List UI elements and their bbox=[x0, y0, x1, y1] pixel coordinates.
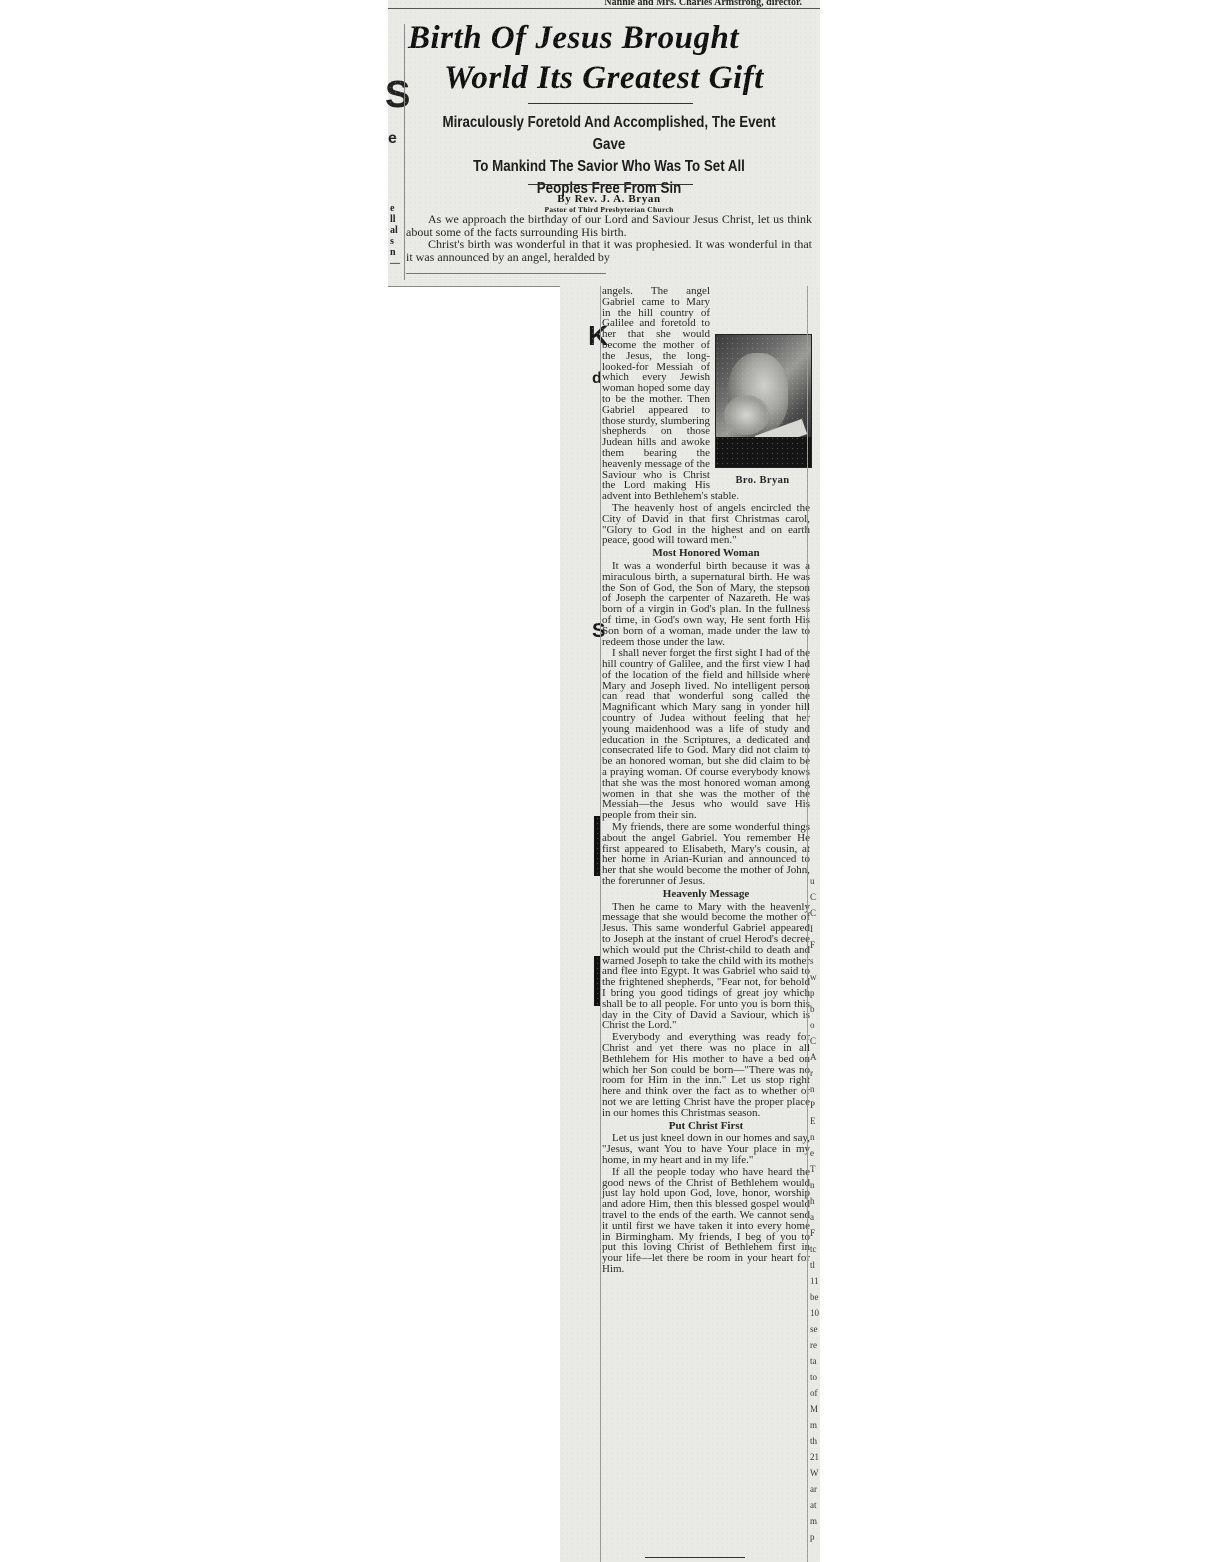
fragment-text: al bbox=[390, 226, 398, 236]
fragment-text: be bbox=[810, 1292, 819, 1303]
article-lead: As we approach the birthday of our Lord … bbox=[406, 213, 812, 263]
adjacent-column-fragment-right: uCCIFswpboCArnPEneTnhaFtctl11be10seretat… bbox=[807, 286, 820, 1562]
fragment-text: o bbox=[810, 1020, 815, 1031]
fragment-letter: e bbox=[388, 130, 397, 148]
fragment-text: th bbox=[810, 1436, 817, 1447]
fragment-text: T bbox=[810, 1164, 816, 1175]
fragment-text: 10 bbox=[810, 1308, 819, 1319]
fragment-text: 11 bbox=[810, 1276, 819, 1287]
fragment-text: a bbox=[810, 1212, 814, 1223]
fragment-text: e bbox=[390, 204, 394, 214]
column-rule bbox=[404, 24, 405, 280]
clipping-column-block: K d S Bro. Bryan angels. The angel Gabri… bbox=[560, 286, 820, 1562]
adjacent-column-fragment-left: K d S bbox=[560, 286, 600, 1562]
fragment-text: s bbox=[390, 237, 394, 247]
fragment-text: r bbox=[810, 1068, 813, 1079]
article-paragraph: I shall never forget the first sight I h… bbox=[602, 648, 810, 821]
fragment-text: C bbox=[810, 1036, 816, 1047]
fragment-text: n bbox=[810, 1132, 815, 1143]
fragment-text: m bbox=[810, 1420, 817, 1431]
fragment-text: ta bbox=[810, 1356, 817, 1367]
fragment-text: s bbox=[810, 956, 814, 967]
photo-caption: Bro. Bryan bbox=[715, 476, 810, 487]
author-photo-block: Bro. Bryan bbox=[715, 334, 810, 489]
lead-paragraph: As we approach the birthday of our Lord … bbox=[406, 213, 812, 238]
headline-rule bbox=[528, 103, 693, 104]
fragment-text: C bbox=[810, 892, 816, 903]
fragment-text: b bbox=[810, 1004, 815, 1015]
fragment-text: ar bbox=[810, 1484, 817, 1495]
article-paragraph: Let us just kneel down in our homes and … bbox=[602, 1133, 810, 1165]
deck-rule bbox=[528, 184, 693, 185]
fragment-text: F bbox=[810, 1228, 815, 1239]
fragment-text: 21 bbox=[810, 1452, 819, 1463]
fragment-text: of bbox=[810, 1388, 818, 1399]
subheading: Most Honored Woman bbox=[602, 548, 810, 559]
clipping-top-block: Nannie and Mrs. Charles Armstrong, direc… bbox=[388, 0, 820, 287]
fragment-text: re bbox=[810, 1340, 817, 1351]
fragment-text: — bbox=[390, 259, 400, 269]
fragment-text: A bbox=[810, 1052, 817, 1063]
subheading: Heavenly Message bbox=[602, 889, 810, 900]
fragment-text: n bbox=[390, 248, 396, 258]
article-end-rule bbox=[645, 1557, 745, 1558]
fragment-text: C bbox=[810, 908, 816, 919]
article-paragraph: The heavenly host of angels encircled th… bbox=[602, 503, 810, 546]
article-deck: Miraculously Foretold And Accomplished, … bbox=[434, 112, 783, 200]
article-paragraph: If all the people today who have heard t… bbox=[602, 1167, 810, 1275]
headline-line-2: World Its Greatest Gift bbox=[406, 58, 812, 98]
fragment-text: I bbox=[810, 924, 813, 935]
article-paragraph: Then he came to Mary with the heavenly m… bbox=[602, 902, 810, 1032]
headline-line-1: Birth Of Jesus Brought bbox=[406, 18, 812, 58]
fragment-text: P bbox=[810, 1100, 815, 1111]
fragment-text: w bbox=[810, 972, 817, 983]
fragment-text: tl bbox=[810, 1260, 815, 1271]
fragment-text: W bbox=[810, 1468, 819, 1479]
portrait-photo-icon bbox=[715, 334, 812, 468]
fragment-text: n bbox=[810, 1180, 815, 1191]
fragment-text: ll bbox=[390, 215, 396, 225]
fragment-text: p bbox=[810, 1532, 815, 1543]
fragment-text: h bbox=[810, 1196, 815, 1207]
article-paragraph: My friends, there are some wonderful thi… bbox=[602, 822, 810, 887]
masthead-fragment: Nannie and Mrs. Charles Armstrong, direc… bbox=[388, 0, 820, 9]
fragment-text: u bbox=[810, 876, 815, 887]
article-headline: Birth Of Jesus Brought World Its Greates… bbox=[406, 18, 812, 98]
fragment-text: at bbox=[810, 1500, 817, 1511]
fragment-text: p bbox=[810, 988, 815, 999]
column-break-rule bbox=[406, 273, 606, 274]
adjacent-column-fragment-left: S e e ll al s n — bbox=[388, 14, 402, 286]
fragment-text: n bbox=[810, 1084, 815, 1095]
subheading: Put Christ First bbox=[602, 1121, 810, 1132]
fragment-text: E bbox=[810, 1116, 816, 1127]
article-column-text: Bro. Bryan angels. The angel Gabriel cam… bbox=[602, 286, 810, 1276]
byline: By Rev. J. A. Bryan bbox=[406, 193, 812, 205]
fragment-text: se bbox=[810, 1324, 818, 1335]
article-paragraph: It was a wonderful birth because it was … bbox=[602, 561, 810, 647]
column-rule bbox=[600, 286, 601, 1562]
fragment-text: M bbox=[810, 1404, 818, 1415]
lead-paragraph: Christ's birth was wonderful in that it … bbox=[406, 238, 812, 263]
article-paragraph: Everybody and everything was ready for C… bbox=[602, 1032, 810, 1118]
fragment-text: e bbox=[810, 1148, 814, 1159]
deck-line-2: To Mankind The Savior Who Was To Set All bbox=[434, 156, 783, 178]
fragment-text: m bbox=[810, 1516, 817, 1527]
fragment-text: tc bbox=[810, 1244, 817, 1255]
fragment-text: F bbox=[810, 940, 815, 951]
deck-line-1: Miraculously Foretold And Accomplished, … bbox=[434, 112, 783, 156]
fragment-text: to bbox=[810, 1372, 817, 1383]
